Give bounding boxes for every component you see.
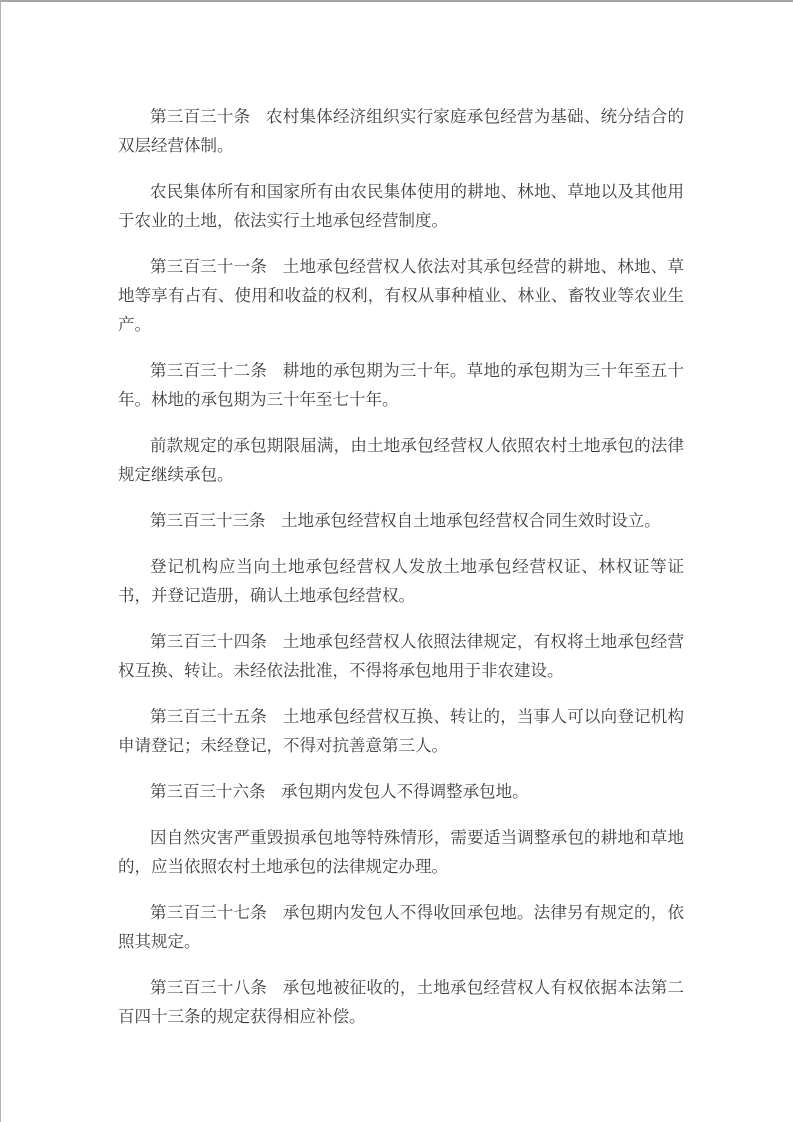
paragraph-text: 土地承包经营权自土地承包经营权合同生效时设立。 [281,511,661,530]
document-body: 第三百三十条农村集体经济组织实行家庭承包经营为基础、统分结合的双层经营体制。 农… [118,102,684,1048]
article-paragraph: 第三百三十六条承包期内发包人不得调整承包地。 [118,777,684,806]
article-paragraph: 第三百三十条农村集体经济组织实行家庭承包经营为基础、统分结合的双层经营体制。 [118,102,684,160]
article-number: 第三百三十条 [150,107,250,126]
paragraph-text: 承包期内发包人不得调整承包地。 [281,782,529,801]
article-paragraph: 第三百三十四条土地承包经营权人依照法律规定，有权将土地承包经营权互换、转让。未经… [118,627,684,685]
article-paragraph: 第三百三十一条土地承包经营权人依法对其承包经营的耕地、林地、草地等享有占有、使用… [118,252,684,339]
paragraph-text: 农民集体所有和国家所有由农民集体使用的耕地、林地、草地以及其他用于农业的土地，依… [118,182,684,230]
article-number: 第三百三十二条 [150,361,267,380]
article-paragraph: 因自然灾害严重毁损承包地等特殊情形，需要适当调整承包的耕地和草地的，应当依照农村… [118,823,684,881]
article-paragraph: 第三百三十八条承包地被征收的，土地承包经营权人有权依据本法第二百四十三条的规定获… [118,973,684,1031]
article-paragraph: 前款规定的承包期限届满，由土地承包经营权人依照农村土地承包的法律规定继续承包。 [118,431,684,489]
article-number: 第三百三十七条 [150,903,267,922]
article-paragraph: 第三百三十三条土地承包经营权自土地承包经营权合同生效时设立。 [118,506,684,535]
article-paragraph: 第三百三十二条耕地的承包期为三十年。草地的承包期为三十年至五十年。林地的承包期为… [118,356,684,414]
paragraph-text: 登记机构应当向土地承包经营权人发放土地承包经营权证、林权证等证书，并登记造册，确… [118,557,684,605]
article-paragraph: 农民集体所有和国家所有由农民集体使用的耕地、林地、草地以及其他用于农业的土地，依… [118,177,684,235]
article-paragraph: 第三百三十七条承包期内发包人不得收回承包地。法律另有规定的，依照其规定。 [118,898,684,956]
article-paragraph: 登记机构应当向土地承包经营权人发放土地承包经营权证、林权证等证书，并登记造册，确… [118,552,684,610]
paragraph-text: 因自然灾害严重毁损承包地等特殊情形，需要适当调整承包的耕地和草地的，应当依照农村… [118,828,684,876]
article-number: 第三百三十八条 [150,978,267,997]
article-paragraph: 第三百三十五条土地承包经营权互换、转让的，当事人可以向登记机构申请登记；未经登记… [118,702,684,760]
article-number: 第三百三十三条 [150,511,266,530]
document-page: 第三百三十条农村集体经济组织实行家庭承包经营为基础、统分结合的双层经营体制。 农… [0,0,793,1122]
article-number: 第三百三十六条 [150,782,266,801]
paragraph-text: 前款规定的承包期限届满，由土地承包经营权人依照农村土地承包的法律规定继续承包。 [118,436,684,484]
article-number: 第三百三十四条 [150,632,267,651]
article-number: 第三百三十五条 [150,707,267,726]
article-number: 第三百三十一条 [150,257,267,276]
